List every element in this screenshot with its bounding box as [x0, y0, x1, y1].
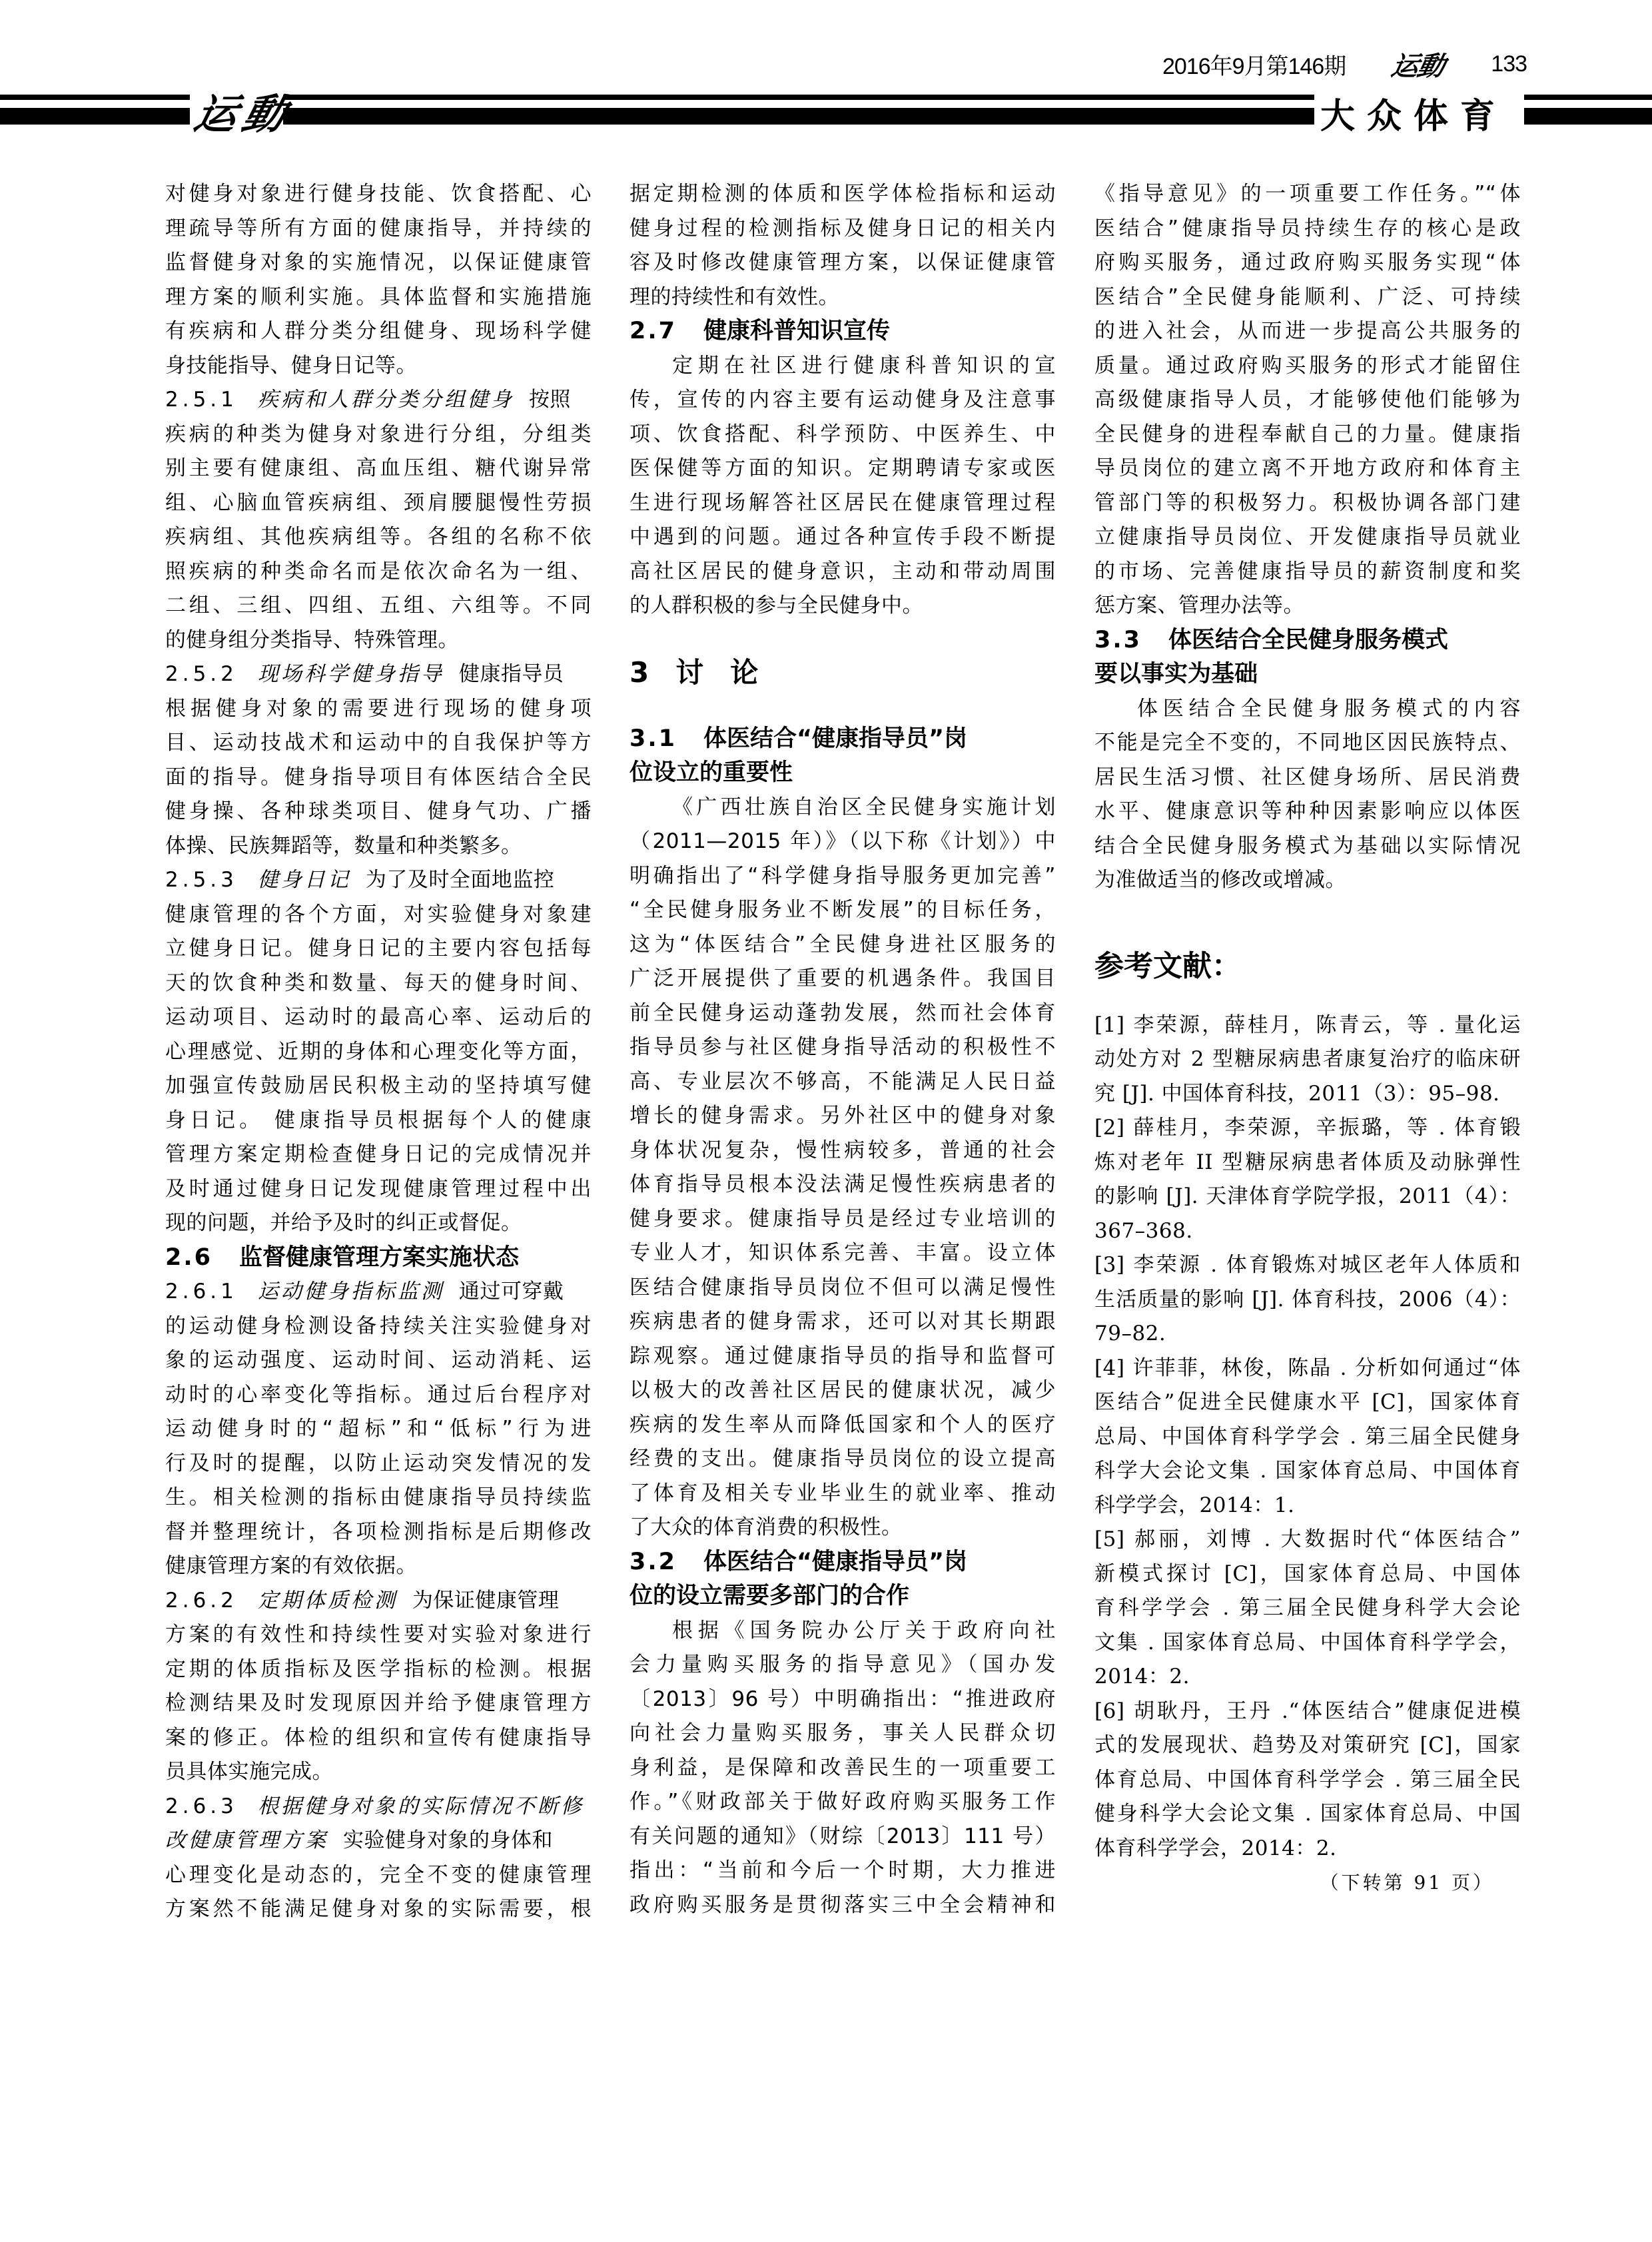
text-line: 水平、健康意识等种种因素影响应以体医 [1094, 795, 1521, 829]
continued-on-page-note: （下转第 91 页） [1094, 1866, 1521, 1900]
text-line: 健身过程的检测指标及健身日记的相关内 [629, 212, 1056, 246]
column-right: 《指导意见》的一项重要工作任务。”“体 医结合”健康指导员持续生存的核心是政 府… [1094, 177, 1521, 1900]
text-line: 经费的支出。健康指导员岗位的设立提高 [629, 1442, 1056, 1477]
text-line: 理方案的顺利实施。具体监督和实施措施 [165, 280, 592, 315]
reference-line: 新模式探讨 [C]，国家体育总局、中国体 [1094, 1557, 1521, 1592]
text-line: 传，宣传的内容主要有运动健身及注意事 [629, 383, 1056, 418]
section-number: 3 [629, 656, 675, 689]
text-line: 的进入社会，从而进一步提高公共服务的 [1094, 314, 1521, 349]
banner-rule [1524, 95, 1652, 100]
paragraph-continued: 据定期检测的体质和医学体检指标和运动 健身过程的检测指标及健身日记的相关内 容及… [629, 177, 1056, 314]
text-line: 全民健身的进程奉献自己的力量。健康指 [1094, 418, 1521, 452]
text-line: 二组、三组、四组、五组、六组等。不同 [165, 589, 592, 623]
text-line: 健身操、各种球类项目、健身气功、广播 [165, 795, 592, 829]
reference-line: [3] 李荣源 . 体育锻炼对城区老年人体质和 [1094, 1248, 1521, 1283]
text-line: 方案然不能满足健身对象的实际需要，根 [165, 1892, 592, 1927]
text-line: 医保健等方面的知识。定期聘请专家或医 [629, 452, 1056, 486]
text-line: 生。相关检测的指标由健康指导员持续监 [165, 1481, 592, 1515]
references-heading: 参考文献： [1094, 925, 1521, 1008]
reference-line: [4] 许菲菲，林俊，陈晶 . 分析如何通过“体 [1094, 1351, 1521, 1386]
text-line: 心理感觉、近期的身体和心理变化等方面， [165, 1035, 592, 1070]
subsection-2-6-1: 2.6.1运动健身指标监测通过可穿戴 的运动健身检测设备持续关注实验健身对 象的… [165, 1275, 592, 1584]
text-line: 容及时修改健康管理方案，以保证健康管 [629, 246, 1056, 280]
subsection-title: 根据健身对象的实际情况不断修 [258, 1794, 584, 1818]
text-line: 对健身对象进行健身技能、饮食搭配、心 [165, 177, 592, 212]
subsection-number: 2.5.3 [165, 868, 238, 892]
section-heading-3: 3讨论 [629, 633, 1056, 713]
subsection-2-6-2: 2.6.2定期体质检测为保证健康管理 方案的有效性和持续性要对实验对象进行 定期… [165, 1584, 592, 1790]
text-line: 行及时的提醒，以防止运动突发情况的发 [165, 1447, 592, 1481]
section-title: 大众体育 [1320, 88, 1507, 138]
text-line: 生进行现场解答社区居民在健康管理过程 [629, 486, 1056, 521]
text-line: 据定期检测的体质和医学体检指标和运动 [629, 177, 1056, 212]
reference-line: 育科学学会 . 第三届全民健身科学大会论 [1094, 1591, 1521, 1626]
text-line: 有疾病和人群分类分组健身、现场科学健 [165, 314, 592, 349]
banner-rule [0, 95, 190, 100]
text-line: 医结合”全民健身能顺利、广泛、可持续 [1094, 280, 1521, 315]
reference-line: [1] 李荣源，薛桂月，陈青云，等 . 量化运 [1094, 1008, 1521, 1043]
paragraph-intro: 对健身对象进行健身技能、饮食搭配、心 理疏导等所有方面的健康指导，并持续的 监督… [165, 177, 592, 383]
text-lead: 实验健身对象的身体和 [343, 1828, 553, 1852]
reference-line: [5] 郝丽，刘博 . 大数据时代“体医结合” [1094, 1523, 1521, 1557]
subsection-number: 2.5.1 [165, 388, 238, 412]
reference-line: 科学大会论文集 . 国家体育总局、中国体育 [1094, 1454, 1521, 1489]
section-number: 3.3 [1094, 627, 1142, 653]
text-line: 惩方案、管理办法等。 [1094, 589, 1521, 623]
text-line: 政府购买服务是贯彻落实三中全会精神和 [629, 1888, 1056, 1923]
reference-line: 究 [J]. 中国体育科技，2011（3）：95–98. [1094, 1077, 1521, 1112]
reference-line: 79–82. [1094, 1317, 1521, 1351]
subsection-2-6-3: 2.6.3根据健身对象的实际情况不断修 改健康管理方案实验健身对象的身体和 心理… [165, 1790, 592, 1927]
reference-line: 体育科学学会，2014：2. [1094, 1832, 1521, 1866]
text-line: 加强宣传鼓励居民积极主动的坚持填写健 [165, 1069, 592, 1104]
text-line: 高级健康指导人员，才能够使他们能够为 [1094, 383, 1521, 418]
text-line: 项、饮食搭配、科学预防、中医养生、中 [629, 418, 1056, 452]
text-line: 定期的体质指标及医学指标的检测。根据 [165, 1653, 592, 1687]
reference-line: 2014：2. [1094, 1660, 1521, 1694]
paragraph-continued: 《指导意见》的一项重要工作任务。”“体 医结合”健康指导员持续生存的核心是政 府… [1094, 177, 1521, 623]
text-line: 管理方案定期检查健身日记的完成情况并 [165, 1138, 592, 1172]
text-line: 以极大的改善社区居民的健康状况，减少 [629, 1373, 1056, 1408]
text-line: 的健身组分类指导、特殊管理。 [165, 623, 592, 658]
section-title: 体医结合“健康指导员”岗 [703, 1549, 967, 1575]
banner-rule [1524, 108, 1652, 125]
reference-line: 科学学会，2014：1. [1094, 1489, 1521, 1523]
text-line: 指导员参与社区健身指导活动的积极性不 [629, 1030, 1056, 1065]
text-lead: 通过可穿戴 [459, 1280, 564, 1304]
text-line: 根据健身对象的需要进行现场的健身项 [165, 692, 592, 727]
text-line: 运动项目、运动时的最高心率、运动后的 [165, 1000, 592, 1035]
subsection-heading: 2.6.2定期体质检测为保证健康管理 [165, 1584, 592, 1619]
subsection-heading: 2.6.1运动健身指标监测通过可穿戴 [165, 1275, 592, 1309]
section-title: 体医结合全民健身服务模式 [1168, 627, 1448, 653]
text-line: 居民生活习惯、社区健身场所、居民消费 [1094, 761, 1521, 795]
text-line: 的运动健身检测设备持续关注实验健身对 [165, 1309, 592, 1344]
reference-line: 文集 . 国家体育总局、中国体育科学学会， [1094, 1626, 1521, 1661]
text-line: 身日记。 健康指导员根据每个人的健康 [165, 1104, 592, 1138]
text-line: 健身要求。健康指导员是经过专业培训的 [629, 1202, 1056, 1237]
text-line: 监督健身对象的实施情况，以保证健康管 [165, 246, 592, 280]
column-left: 对健身对象进行健身技能、饮食搭配、心 理疏导等所有方面的健康指导，并持续的 监督… [165, 177, 592, 1927]
banner-rule [0, 108, 190, 125]
reference-item: [2] 薛桂月，李荣源，辛振璐，等 . 体育锻 炼对老年 II 型糖尿病患者体质… [1094, 1111, 1521, 1248]
banner-rule [283, 95, 1314, 100]
text-line: 了大众的体育消费的积极性。 [629, 1511, 1056, 1545]
subsection-heading: 2.5.1疾病和人群分类分组健身按照 [165, 383, 592, 418]
text-line: 前全民健身运动蓬勃发展，然而社会体育 [629, 996, 1056, 1031]
subsection-title: 定期体质检测 [258, 1589, 398, 1613]
text-line: 组、心脑血管疾病组、颈肩腰腿慢性劳损 [165, 486, 592, 521]
issue-label: 2016年9月第146期 [1162, 48, 1346, 81]
text-line: 方案的有效性和持续性要对实验对象进行 [165, 1618, 592, 1653]
section-title: 监督健康管理方案实施状态 [239, 1244, 519, 1271]
text-line: 动时的心率变化等指标。通过后台程序对 [165, 1378, 592, 1413]
reference-line: 炼对老年 II 型糖尿病患者体质及动脉弹性 [1094, 1146, 1521, 1180]
text-line: 健康管理的各个方面，对实验健身对象建 [165, 898, 592, 933]
reference-line: 式的发展现状、趋势及对策研究 [C]，国家 [1094, 1728, 1521, 1763]
text-line: 这为“体医结合”全民健身进社区服务的 [629, 928, 1056, 962]
subsection-heading: 2.6.3根据健身对象的实际情况不断修 [165, 1790, 592, 1824]
section-title-cont: 位设立的重要性 [629, 759, 793, 786]
subsection-2-5-2: 2.5.2现场科学健身指导健康指导员 根据健身对象的需要进行现场的健身项 目、运… [165, 657, 592, 863]
text-line: 现的问题，并给予及时的纠正或督促。 [165, 1206, 592, 1241]
section-heading-2-7: 2.7健康科普知识宣传 [629, 314, 1056, 349]
text-line: 中遇到的问题。通过各种宣传手段不断提 [629, 520, 1056, 555]
text-line: 不能是完全不变的，不同地区因民族特点、 [1094, 726, 1521, 761]
text-line: 疾病的发生率从而降低国家和个人的医疗 [629, 1408, 1056, 1443]
text-line: 目、运动技战术和运动中的自我保护等方 [165, 726, 592, 761]
text-line: 定期在社区进行健康科普知识的宣 [629, 349, 1056, 384]
text-line: 管部门等的积极努力。积极协调各部门建 [1094, 486, 1521, 521]
text-line: 指出：“当前和今后一个时期，大力推进 [629, 1854, 1056, 1888]
text-line: 立健身日记。健身日记的主要内容包括每 [165, 932, 592, 966]
section-heading-2-6: 2.6监督健康管理方案实施状态 [165, 1241, 592, 1276]
text-line: 心理变化是动态的，完全不变的健康管理 [165, 1858, 592, 1893]
section-heading-3-3: 3.3体医结合全民健身服务模式 要以事实为基础 [1094, 623, 1521, 692]
subsection-title: 健身日记 [258, 868, 351, 892]
text-line: 高、专业层次不够高，不能满足人民日益 [629, 1065, 1056, 1100]
section-banner: 运動 大众体育 [0, 87, 1652, 133]
reference-line: 总局、中国体育科学学会 . 第三届全民健身 [1094, 1420, 1521, 1455]
text-line: 〔2013〕96 号）中明确指出：“推进政府 [629, 1682, 1056, 1717]
subsection-title: 疾病和人群分类分组健身 [258, 388, 514, 412]
text-lead: 按照 [529, 388, 571, 412]
text-line: 及时通过健身日记发现健康管理过程中出 [165, 1172, 592, 1207]
text-line: 立健康指导员岗位、开发健康指导员就业 [1094, 520, 1521, 555]
section-number: 2.6 [165, 1244, 212, 1271]
subsection-title: 改健康管理方案 [165, 1828, 328, 1852]
reference-line: 动处方对 2 型糖尿病患者康复治疗的临床研 [1094, 1042, 1521, 1077]
subsection-heading: 2.5.2现场科学健身指导健康指导员 [165, 657, 592, 692]
column-middle: 据定期检测的体质和医学体检指标和运动 健身过程的检测指标及健身日记的相关内 容及… [629, 177, 1056, 1922]
section-heading-3-2: 3.2体医结合“健康指导员”岗 位的设立需要多部门的合作 [629, 1545, 1056, 1614]
text-line: 运动健身时的“超标”和“低标”行为进 [165, 1412, 592, 1447]
reference-line: 生活质量的影响 [J]. 体育科技，2006（4）： [1094, 1283, 1521, 1317]
text-line: 检测结果及时发现原因并给予健康管理方 [165, 1686, 592, 1721]
section-number: 2.7 [629, 318, 677, 344]
text-line: 有关问题的通知》（财综〔2013〕111 号） [629, 1820, 1056, 1854]
text-line: 结合全民健身服务模式为基础以实际情况 [1094, 829, 1521, 864]
paragraph-3-1: 《广西壮族自治区全民健身实施计划 （2011—2015 年）》（以下称《计划》）… [629, 791, 1056, 1545]
reference-item: [1] 李荣源，薛桂月，陈青云，等 . 量化运 动处方对 2 型糖尿病患者康复治… [1094, 1008, 1521, 1112]
text-line: 疾病患者的健身需求，还可以对其长期跟 [629, 1305, 1056, 1339]
text-line: 《广西壮族自治区全民健身实施计划 [629, 791, 1056, 825]
text-line: 广泛开展提供了重要的机遇条件。我国目 [629, 962, 1056, 996]
paragraph-3-2: 根据《国务院办公厅关于政府向社 会力量购买服务的指导意见》（国办发 〔2013〕… [629, 1614, 1056, 1923]
text-line: 导员岗位的建立离不开地方政府和体育主 [1094, 452, 1521, 486]
text-line: 的人群积极的参与全民健身中。 [629, 589, 1056, 623]
paragraph-3-3: 体医结合全民健身服务模式的内容 不能是完全不变的，不同地区因民族特点、 居民生活… [1094, 692, 1521, 898]
reference-line: 体育总局、中国体育科学学会 . 第三届全民 [1094, 1763, 1521, 1798]
reference-line: [2] 薛桂月，李荣源，辛振璐，等 . 体育锻 [1094, 1111, 1521, 1146]
section-title: 健康科普知识宣传 [703, 318, 890, 344]
subsection-2-5-3: 2.5.3健身日记为了及时全面地监控 健康管理的各个方面，对实验健身对象建 立健… [165, 863, 592, 1241]
reference-item: [3] 李荣源 . 体育锻炼对城区老年人体质和 生活质量的影响 [J]. 体育科… [1094, 1248, 1521, 1351]
text-lead: 为保证健康管理 [412, 1589, 560, 1613]
subsection-number: 2.6.1 [165, 1280, 238, 1304]
text-line: 健康管理方案的有效依据。 [165, 1549, 592, 1584]
reference-line: 健身科学大会论文集 . 国家体育总局、中国 [1094, 1797, 1521, 1832]
text-line: 身技能指导、健身日记等。 [165, 349, 592, 384]
subsection-number: 2.6.2 [165, 1589, 238, 1613]
text-line: 督并整理统计，各项检测指标是后期修改 [165, 1515, 592, 1550]
text-line: 理疏导等所有方面的健康指导，并持续的 [165, 212, 592, 246]
references-list: [1] 李荣源，薛桂月，陈青云，等 . 量化运 动处方对 2 型糖尿病患者康复治… [1094, 1008, 1521, 1866]
text-line: 了体育及相关专业毕业生的就业率、推动 [629, 1477, 1056, 1511]
section-title-cont: 要以事实为基础 [1094, 661, 1258, 687]
page-number: 133 [1491, 51, 1527, 77]
text-line: 身利益，是保障和改善民生的一项重要工 [629, 1751, 1056, 1786]
text-line: 增长的健身需求。另外社区中的健身对象 [629, 1099, 1056, 1134]
text-line: 理的持续性和有效性。 [629, 280, 1056, 315]
reference-item: [5] 郝丽，刘博 . 大数据时代“体医结合” 新模式探讨 [C]，国家体育总局… [1094, 1523, 1521, 1694]
text-line: 别主要有健康组、高血压组、糖代谢异常 [165, 452, 592, 486]
text-line: 会力量购买服务的指导意见》（国办发 [629, 1648, 1056, 1682]
subsection-title: 现场科学健身指导 [258, 662, 444, 686]
subsection-heading-cont: 改健康管理方案实验健身对象的身体和 [165, 1824, 592, 1858]
text-line: 《指导意见》的一项重要工作任务。”“体 [1094, 177, 1521, 212]
text-lead: 健康指导员 [459, 662, 564, 686]
subsection-2-5-1: 2.5.1疾病和人群分类分组健身按照 疾病的种类为健身对象进行分组，分组类 别主… [165, 383, 592, 657]
text-line: 府购买服务，通过政府购买服务实现“体 [1094, 246, 1521, 280]
section-heading-3-1: 3.1体医结合“健康指导员”岗 位设立的重要性 [629, 722, 1056, 791]
reference-line: 的影响 [J]. 天津体育学院学报，2011（4）： [1094, 1180, 1521, 1214]
section-number: 3.2 [629, 1549, 677, 1575]
text-line: 案的修正。体检的组织和宣传有健康指导 [165, 1721, 592, 1756]
reference-item: [6] 胡耿丹，王丹 .“体医结合”健康促进模 式的发展现状、趋势及对策研究 [… [1094, 1694, 1521, 1866]
text-line: 象的运动强度、运动时间、运动消耗、运 [165, 1343, 592, 1378]
text-line: 体育指导员根本没法满足慢性疾病患者的 [629, 1168, 1056, 1202]
text-line: 体医结合全民健身服务模式的内容 [1094, 692, 1521, 727]
text-line: 面的指导。健身指导项目有体医结合全民 [165, 761, 592, 795]
reference-line: 367–368. [1094, 1214, 1521, 1249]
subsection-title: 运动健身指标监测 [258, 1280, 444, 1304]
text-line: 员具体实施完成。 [165, 1755, 592, 1790]
section-title-cont: 位的设立需要多部门的合作 [629, 1583, 909, 1609]
journal-logo: 运動 [1388, 45, 1448, 83]
text-line: 高社区居民的健身意识，主动和带动周围 [629, 555, 1056, 589]
text-line: 作。”《财政部关于做好政府购买服务工作 [629, 1785, 1056, 1820]
reference-item: [4] 许菲菲，林俊，陈晶 . 分析如何通过“体 医结合”促进全民健康水平 [C… [1094, 1351, 1521, 1523]
subsection-heading: 2.5.3健身日记为了及时全面地监控 [165, 863, 592, 898]
text-line: 天的饮食种类和数量、每天的健身时间、 [165, 966, 592, 1001]
text-line: （2011—2015 年）》（以下称《计划》）中 [629, 825, 1056, 859]
reference-line: [6] 胡耿丹，王丹 .“体医结合”健康促进模 [1094, 1694, 1521, 1729]
paragraph-2-7: 定期在社区进行健康科普知识的宣 传，宣传的内容主要有运动健身及注意事 项、饮食搭… [629, 349, 1056, 623]
text-line: 医结合健康指导员岗位不但可以满足慢性 [629, 1271, 1056, 1306]
text-line: 疾病的种类为健身对象进行分组，分组类 [165, 418, 592, 452]
text-line: 体操、民族舞蹈等，数量和种类繁多。 [165, 829, 592, 864]
reference-line: 医结合”促进全民健康水平 [C]，国家体育 [1094, 1385, 1521, 1420]
text-line: 照疾病的种类命名而是依次命名为一组、 [165, 555, 592, 589]
text-line: 根据《国务院办公厅关于政府向社 [629, 1614, 1056, 1649]
text-line: 向社会力量购买服务，事关人民群众切 [629, 1716, 1056, 1751]
text-line: 医结合”健康指导员持续生存的核心是政 [1094, 212, 1521, 246]
text-line: 明确指出了“科学健身指导服务更加完善” [629, 859, 1056, 894]
text-line: 为准做适当的修改或增减。 [1094, 863, 1521, 898]
text-line: 疾病组、其他疾病组等。各组的名称不依 [165, 520, 592, 555]
text-line: “全民健身服务业不断发展”的目标任务， [629, 893, 1056, 928]
subsection-number: 2.6.3 [165, 1794, 238, 1818]
text-lead: 为了及时全面地监控 [366, 868, 555, 892]
section-title: 体医结合“健康指导员”岗 [703, 725, 967, 752]
banner-rule [283, 108, 1314, 125]
text-line: 踪观察。通过健康指导员的指导和监督可 [629, 1339, 1056, 1374]
text-line: 的市场、完善健康指导员的薪资制度和奖 [1094, 555, 1521, 589]
text-line: 专业人才，知识体系完善、丰富。设立体 [629, 1236, 1056, 1271]
section-title: 讨论 [675, 656, 785, 689]
section-number: 3.1 [629, 725, 677, 752]
subsection-number: 2.5.2 [165, 662, 238, 686]
text-line: 身体状况复杂，慢性病较多，普通的社会 [629, 1134, 1056, 1168]
running-header: 2016年9月第146期 运動 133 [1162, 45, 1527, 83]
text-line: 质量。通过政府购买服务的形式才能留住 [1094, 349, 1521, 384]
